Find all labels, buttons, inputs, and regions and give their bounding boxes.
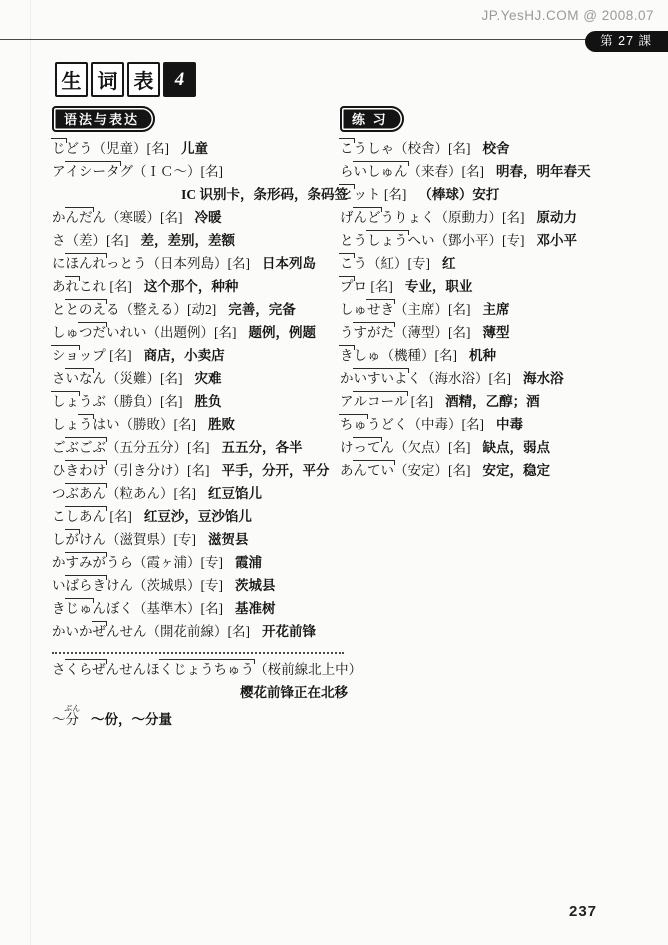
vocab-translation: 霞浦 — [235, 555, 262, 570]
vocab-translation: 海水浴 — [523, 371, 564, 386]
watermark: JP.YesHJ.COM @ 2008.07 — [481, 8, 654, 23]
vocab-kana: さ（差）[名] — [52, 233, 129, 248]
vocab-kana: アイシータグ（ＩＣ～）[名] — [52, 164, 223, 179]
vocab-translation: 儿童 — [181, 141, 208, 156]
vocab-row: かいすいよく（海水浴）[名]海水浴 — [340, 367, 630, 390]
vocab-row: かすみがうら（霞ヶ浦）[专]霞浦 — [52, 551, 350, 574]
vocab-translation: 胜负 — [195, 394, 222, 409]
vocab-row: かいかぜんせん（開花前線）[名]开花前锋 — [52, 620, 350, 643]
vocab-kana: にほんれっとう（日本列島）[名] — [52, 256, 250, 271]
lesson-badge: 第 27 課 — [585, 31, 668, 52]
vocab-list-practice: こうしゃ（校舎）[名]校舍らいしゅん（来春）[名]明春，明年春天ヒット [名]（… — [340, 137, 630, 482]
vocab-row: しゅせき（主席）[名]主席 — [340, 298, 630, 321]
vocab-translation: 灾难 — [195, 371, 222, 386]
vocab-translation: 日本列岛 — [262, 256, 316, 271]
vocab-row: ごぶごぶ（五分五分）[名]五五分，各半 — [52, 436, 350, 459]
vocab-row: しょうはい（勝敗）[名]胜败 — [52, 413, 350, 436]
vocab-kana: きじゅんぼく（基準木）[名] — [52, 601, 223, 616]
vocab-row: かんだん（寒暖）[名]冷暖 — [52, 206, 350, 229]
vocab-translation: 邓小平 — [537, 233, 578, 248]
page-number: 237 — [569, 903, 597, 920]
vocab-row: いばらきけん（茨城県）[专]茨城县 — [52, 574, 350, 597]
vocab-kana: しがけん（滋賀県）[专] — [52, 532, 196, 547]
vocab-kana: きしゅ（機種）[名] — [340, 348, 457, 363]
vocab-translation: 五五分，各半 — [222, 440, 303, 455]
vocab-translation: 滋贺县 — [208, 532, 249, 547]
vocab-row: こうしゃ（校舎）[名]校舍 — [340, 137, 630, 160]
vocab-kana: さくらぜんせんほくじょうちゅう（桜前線北上中） — [52, 662, 362, 677]
scan-margin-line — [30, 0, 31, 945]
vocab-kana: つぶあん（粒あん）[名] — [52, 486, 196, 501]
vocab-kana: アルコール [名] — [340, 394, 433, 409]
vocab-kana: ちゅうどく（中毒）[名] — [340, 417, 484, 432]
vocab-kana: かいすいよく（海水浴）[名] — [340, 371, 511, 386]
vocab-row: ヒット [名]（棒球）安打 — [340, 183, 630, 206]
vocab-row: ショップ [名]商店，小卖店 — [52, 344, 350, 367]
vocab-kana: しゅつだいれい（出題例）[名] — [52, 325, 237, 340]
vocab-translation: 酒精，乙醇；酒 — [445, 394, 540, 409]
vocab-kana: うすがた（薄型）[名] — [340, 325, 471, 340]
vocab-translation: 校舍 — [483, 141, 510, 156]
vocab-translation: 胜败 — [208, 417, 235, 432]
vocab-translation: 原动力 — [537, 210, 578, 225]
vocab-row: うすがた（薄型）[名]薄型 — [340, 321, 630, 344]
vocab-translation: 差，差别，差额 — [141, 233, 236, 248]
vocab-kana: かんだん（寒暖）[名] — [52, 210, 183, 225]
vocab-kana: ショップ [名] — [52, 348, 132, 363]
vocab-row: あんてい（安定）[名]安定，稳定 — [340, 459, 630, 482]
vocab-translation: 完善，完备 — [228, 302, 296, 317]
vocab-translation: 红豆沙，豆沙馅儿 — [144, 509, 252, 524]
vocab-translation: （棒球）安打 — [418, 187, 499, 202]
practice-column: 练 习 こうしゃ（校舎）[名]校舍らいしゅん（来春）[名]明春，明年春天ヒット … — [340, 106, 630, 482]
vocab-kana: ヒット [名] — [340, 187, 406, 202]
vocab-kana: しょうはい（勝敗）[名] — [52, 417, 196, 432]
vocab-translation: 红豆馅儿 — [208, 486, 262, 501]
header-divider — [0, 39, 668, 40]
vocab-kana: かすみがうら（霞ヶ浦）[专] — [52, 555, 223, 570]
vocab-row: ちゅうどく（中毒）[名]中毒 — [340, 413, 630, 436]
title-char-box: 词 — [91, 62, 124, 97]
dotted-separator — [52, 643, 350, 658]
vocab-kana: ごぶごぶ（五分五分）[名] — [52, 440, 210, 455]
vocab-kana: いばらきけん（茨城県）[专] — [52, 578, 223, 593]
vocab-row: ひきわけ（引き分け）[名]平手，分开，平分 — [52, 459, 350, 482]
vocab-kana: とうしょうへい（鄧小平）[专] — [340, 233, 525, 248]
vocab-translation: 题例，例题 — [249, 325, 317, 340]
vocab-kana: こうしゃ（校舎）[名] — [340, 141, 471, 156]
vocab-row: アイシータグ（ＩＣ～）[名] — [52, 160, 350, 183]
vocab-kana: ～分ぶん — [52, 712, 79, 727]
vocab-translation: 平手，分开，平分 — [222, 463, 330, 478]
vocab-title: 生 词 表 4 — [55, 62, 196, 97]
vocab-kana: けってん（欠点）[名] — [340, 440, 471, 455]
section-header-practice: 练 习 — [340, 106, 404, 132]
vocab-kana: ひきわけ（引き分け）[名] — [52, 463, 210, 478]
vocab-translation: 这个那个，种种 — [144, 279, 239, 294]
vocab-row: こう（紅）[专]红 — [340, 252, 630, 275]
vocab-row: とうしょうへい（鄧小平）[专]邓小平 — [340, 229, 630, 252]
vocab-kana: ととのえる（整える）[动2] — [52, 302, 216, 317]
vocab-row: こしあん [名]红豆沙，豆沙馅儿 — [52, 505, 350, 528]
vocab-row: げんどうりょく（原動力）[名]原动力 — [340, 206, 630, 229]
vocab-row: けってん（欠点）[名]缺点，弱点 — [340, 436, 630, 459]
vocab-row: アルコール [名]酒精，乙醇；酒 — [340, 390, 630, 413]
vocab-translation: 冷暖 — [195, 210, 222, 225]
vocab-translation: IC 识别卡，条形码，条码签 — [181, 187, 348, 202]
vocab-kana: かいかぜんせん（開花前線）[名] — [52, 624, 250, 639]
vocab-row: じどう（児童）[名]儿童 — [52, 137, 350, 160]
vocab-kana: あんてい（安定）[名] — [340, 463, 471, 478]
vocab-row: しょうぶ（勝負）[名]胜负 — [52, 390, 350, 413]
vocab-kana: らいしゅん（来春）[名] — [340, 164, 484, 179]
vocab-kana: こう（紅）[专] — [340, 256, 430, 271]
vocab-translation: 安定，稳定 — [483, 463, 551, 478]
title-char-box: 生 — [55, 62, 88, 97]
vocab-kana: じどう（児童）[名] — [52, 141, 169, 156]
vocab-row: ～分ぶん～份，～分量 — [52, 704, 350, 731]
vocab-translation: 机种 — [469, 348, 496, 363]
vocab-row: らいしゅん（来春）[名]明春，明年春天 — [340, 160, 630, 183]
vocab-translation: 开花前锋 — [262, 624, 316, 639]
vocab-row: ととのえる（整える）[动2]完善，完备 — [52, 298, 350, 321]
vocab-translation: 明春，明年春天 — [496, 164, 591, 179]
vocab-kana: しょうぶ（勝負）[名] — [52, 394, 183, 409]
vocab-translation: 红 — [442, 256, 456, 271]
vocab-row: 樱花前锋正在北移 — [52, 681, 350, 704]
vocab-translation: 薄型 — [483, 325, 510, 340]
vocab-translation: ～份，～分量 — [91, 712, 172, 727]
vocab-kana: プロ [名] — [340, 279, 393, 294]
vocab-translation: 樱花前锋正在北移 — [240, 685, 348, 700]
vocab-row: しゅつだいれい（出題例）[名]题例，例题 — [52, 321, 350, 344]
vocab-kana: さいなん（災難）[名] — [52, 371, 183, 386]
vocab-translation: 商店，小卖店 — [144, 348, 225, 363]
vocab-kana: しゅせき（主席）[名] — [340, 302, 471, 317]
title-number-box: 4 — [163, 62, 196, 97]
vocab-row: つぶあん（粒あん）[名]红豆馅儿 — [52, 482, 350, 505]
vocab-translation: 中毒 — [496, 417, 523, 432]
vocab-row: きしゅ（機種）[名]机种 — [340, 344, 630, 367]
section-header-grammar: 语法与表达 — [52, 106, 155, 132]
vocab-row: IC 识别卡，条形码，条码签 — [52, 183, 350, 206]
vocab-kana: あれこれ [名] — [52, 279, 132, 294]
title-char-box: 表 — [127, 62, 160, 97]
vocab-row: しがけん（滋賀県）[专]滋贺县 — [52, 528, 350, 551]
vocab-translation: 缺点，弱点 — [483, 440, 551, 455]
vocab-row: きじゅんぼく（基準木）[名]基准树 — [52, 597, 350, 620]
vocab-row: あれこれ [名]这个那个，种种 — [52, 275, 350, 298]
vocab-translation: 茨城县 — [235, 578, 276, 593]
vocab-row: さくらぜんせんほくじょうちゅう（桜前線北上中） — [52, 658, 350, 681]
vocab-kana: げんどうりょく（原動力）[名] — [340, 210, 525, 225]
vocab-translation: 主席 — [483, 302, 510, 317]
vocab-row: さ（差）[名]差，差别，差额 — [52, 229, 350, 252]
vocab-translation: 基准树 — [235, 601, 276, 616]
grammar-column: 语法与表达 じどう（児童）[名]儿童アイシータグ（ＩＣ～）[名]IC 识别卡，条… — [52, 106, 350, 731]
vocab-translation: 专业，职业 — [405, 279, 473, 294]
vocab-kana: こしあん [名] — [52, 509, 132, 524]
vocab-row: プロ [名]专业，职业 — [340, 275, 630, 298]
vocab-row: さいなん（災難）[名]灾难 — [52, 367, 350, 390]
vocab-row: にほんれっとう（日本列島）[名]日本列岛 — [52, 252, 350, 275]
vocab-list-grammar: じどう（児童）[名]儿童アイシータグ（ＩＣ～）[名]IC 识别卡，条形码，条码签… — [52, 137, 350, 731]
